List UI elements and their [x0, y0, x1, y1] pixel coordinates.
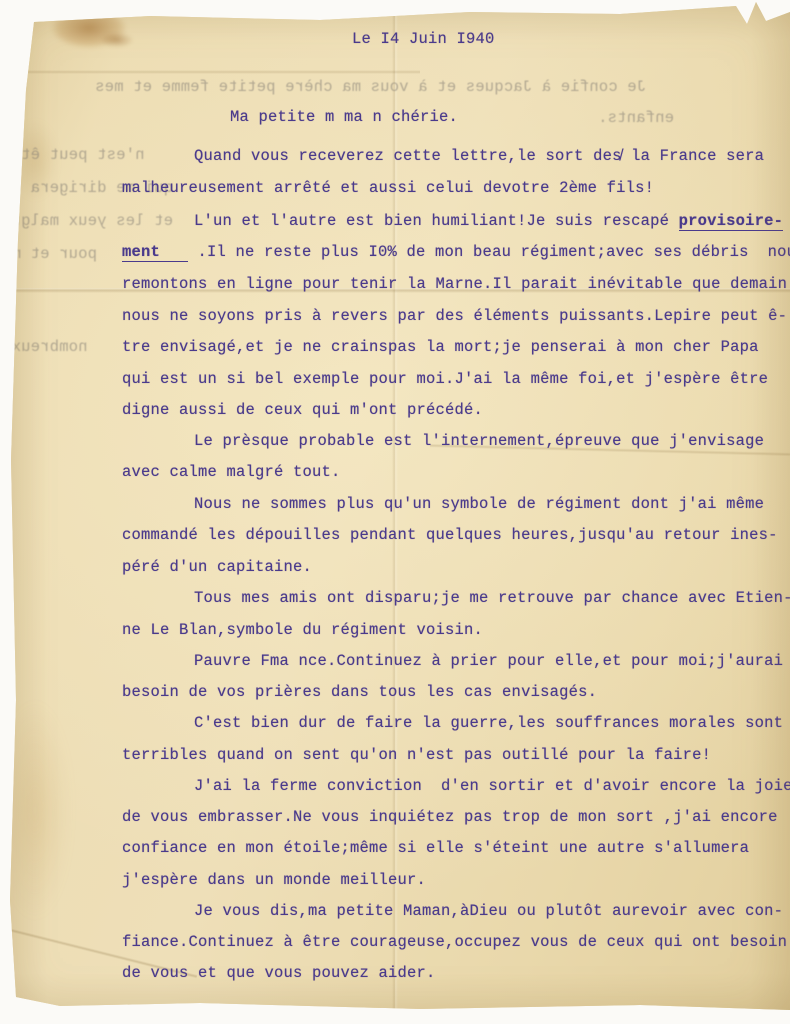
letter-line: Le prèsque probable est l'internement,ép…	[122, 432, 764, 450]
letter-line: Tous mes amis ont disparu;je me retrouve…	[122, 589, 790, 607]
letter-line: Pauvre Fma nce.Continuez à prier pour el…	[122, 652, 783, 670]
letter-line: C'est bien dur de faire la guerre,les so…	[122, 714, 783, 732]
letter-line: besoin de vos prières dans tous les cas …	[122, 683, 597, 701]
letter-line: Je vous dis,ma petite Maman,àDieu ou plu…	[122, 902, 783, 920]
fold-crease	[0, 70, 420, 74]
letter-line: confiance en mon étoile;même si elle s'é…	[122, 839, 749, 857]
underlined-word: ment	[122, 243, 188, 262]
letter-line: terribles quand on sent qu'on n'est pas …	[122, 746, 711, 764]
letter-paper: Je confie à Jacques et à vous ma chère p…	[0, 0, 790, 1024]
underlined-word: provisoire-	[679, 212, 784, 231]
letter-line: ne Le Blan,symbole du régiment voisin.	[122, 621, 483, 639]
aging-stain	[12, 120, 58, 200]
letter-line: de vous et que vous pouvez aider.	[122, 964, 436, 982]
letter-line: nous ne soyons pris à revers par des élé…	[122, 307, 787, 325]
line-text: .Il ne reste plus I0% de mon beau régime…	[188, 243, 790, 261]
letter-line: péré d'un capitaine.	[122, 558, 312, 576]
rust-stain	[52, 8, 126, 48]
letter-line: commandé les dépouilles pendant quelques…	[122, 526, 778, 544]
rust-stain-small	[100, 32, 134, 48]
letter-line: Quand vous receverez cette lettre,le sor…	[122, 147, 764, 165]
letter-line: Nous ne sommes plus qu'un symbole de rég…	[122, 495, 764, 513]
salutation-line: Ma petite m ma n chérie.	[230, 108, 458, 126]
scanned-letter: Je confie à Jacques et à vous ma chère p…	[0, 0, 790, 1024]
bleed-through-text: enfants.	[598, 109, 674, 127]
letter-line: remontons en ligne pour tenir la Marne.I…	[122, 275, 787, 293]
letter-line: tre envisagé,et je ne crainspas la mort;…	[122, 338, 759, 356]
letter-line: qui est un si bel exemple pour moi.J'ai …	[122, 370, 768, 388]
bleed-through-text: pour et ma	[2, 245, 97, 263]
letter-line: j'espère dans un monde meilleur.	[122, 871, 426, 889]
letter-line: ment .Il ne reste plus I0% de mon beau r…	[122, 243, 790, 261]
letter-line: avec calme malgré tout.	[122, 463, 341, 481]
letter-line: J'ai la ferme conviction d'en sortir et …	[122, 777, 790, 795]
letter-line: digne aussi de ceux qui m'ont précédé.	[122, 401, 483, 419]
bleed-through-text: Je confie à Jacques et à vous ma chère p…	[95, 78, 646, 96]
aging-stain	[0, 700, 70, 920]
bleed-through-text: nombreux.	[2, 338, 88, 356]
date-line: Le I4 Juin I940	[352, 30, 495, 48]
letter-line: de vous embrasser.Ne vous inquiétez pas …	[122, 808, 778, 826]
line-text: L'un et l'autre est bien humiliant!Je su…	[194, 212, 679, 230]
letter-line: malheureusement arrêté et aussi celui de…	[122, 179, 654, 197]
letter-line: L'un et l'autre est bien humiliant!Je su…	[122, 212, 783, 230]
letter-line: fiance.Continuez à être courageuse,occup…	[122, 933, 787, 951]
